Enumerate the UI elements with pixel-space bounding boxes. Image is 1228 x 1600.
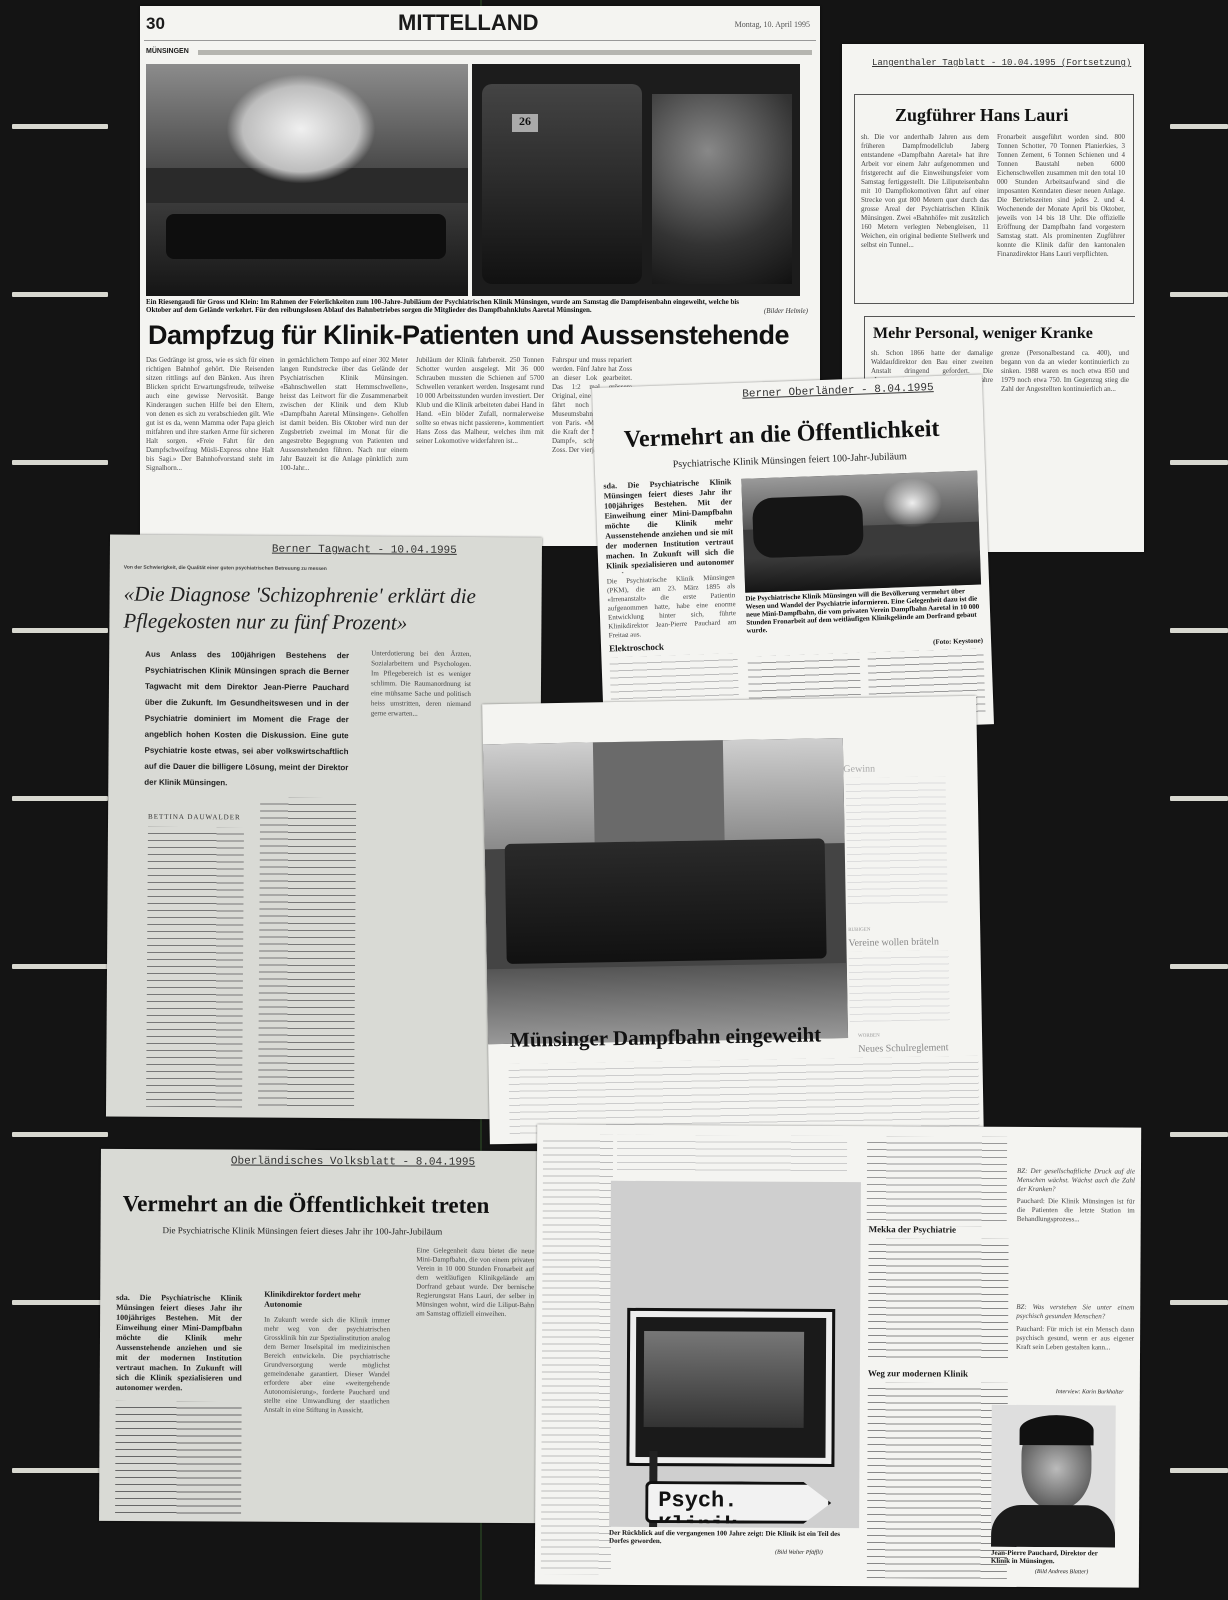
film-mark [12,124,108,129]
headline-zugfuehrer: Zugführer Hans Lauri [895,105,1068,126]
main-headline: Dampfzug für Klinik-Patienten und Aussen… [148,320,789,351]
body-col-1 [115,1401,242,1518]
col2-body: In Zukunft werde sich die Klinik immer m… [263,1316,390,1517]
side-kicker-worben: WORBEN [858,1033,880,1038]
main-body-col-2: in gemächlichem Tempo auf einer 302 Mete… [280,356,408,541]
side-heading-gewinn: Gewinn [843,763,875,775]
film-mark [1170,460,1228,465]
film-mark [12,460,108,465]
clipping-berner-oberlaender: Berner Oberländer - 8.04.1995 Vermehrt a… [592,374,994,737]
film-mark [1170,292,1228,297]
film-mark [1170,964,1228,969]
header-rule [144,40,816,41]
portrait-credit: (Bild Andreas Blatter) [1035,1569,1088,1575]
main-body-col-3: Jubiläum der Klinik fahrbereit. 250 Tonn… [416,356,544,541]
page-date: Montag, 10. April 1995 [735,20,810,29]
headline-schizophrenie: «Die Diagnose 'Schizophrenie' erklärt di… [123,581,533,638]
headline-mehr-personal: Mehr Personal, weniger Kranke [873,325,1093,343]
region-label: MÜNSINGEN [146,48,189,55]
photo-psych-klinik-sign: Psych. Klinik [609,1181,861,1528]
headline-vermehrt-treten: Vermehrt an die Öffentlichkeit treten [123,1191,490,1219]
side-kicker-rubigen: RUBIGEN [848,928,870,933]
qa-2-answer: Pauchard: Für mich ist ein Mensch dann p… [1016,1325,1134,1386]
photo-mini-steam-train [741,471,981,593]
body-col-1: sh. Die vor anderthalb Jahren aus dem fr… [861,133,989,298]
headline-vermehrt: Vermehrt an die Öffentlichkeit [623,416,939,454]
portrait-caption: Jean-Pierre Pauchard, Direktor der Klini… [991,1549,1115,1568]
mid-text-top [867,1136,1007,1227]
clipping-bz-interview: Psych. Klinik Der Rückblick auf die verg… [535,1124,1141,1587]
region-bar [198,50,812,55]
film-mark [12,628,108,633]
sign-psych-klinik: Psych. Klinik [645,1481,831,1524]
sign-photo-credit: (Bild Walter Pfäffli) [775,1550,823,1556]
clipping-source: Oberländisches Volksblatt - 8.04.1995 [231,1156,475,1169]
subhead-jubilaeum: Die Psychiatrische Klinik Münsingen feie… [163,1225,443,1236]
author-byline: BETTINA DAUWALDER [148,813,241,822]
clipping-source: Berner Oberländer - 8.04.1995 [742,382,934,401]
subsection-mekka: Mekka der Psychiatrie [869,1224,956,1234]
side-heading-schulreglement: Neues Schulreglement [858,1042,948,1055]
col3-body: Eine Gelegenheit dazu bietet die neue Mi… [416,1247,535,1368]
page-number: 30 [146,14,165,34]
film-mark [12,796,108,801]
qa-2-question: BZ: Was verstehen Sie unter einem psychi… [1016,1303,1134,1324]
film-mark [12,292,108,297]
film-mark [12,964,108,969]
film-mark [12,1132,108,1137]
film-mark [12,1468,108,1473]
article-box-zugfuehrer: Zugführer Hans Lauri sh. Die vor anderth… [854,94,1134,304]
body-col-2: Fronarbeit ausgeführt worden sind. 800 T… [997,133,1125,298]
qa-1-answer: Pauchard: Die Klinik Münsingen ist für d… [1016,1197,1135,1298]
interviewer-credit: Interview: Karin Burkhalter [1056,1389,1124,1395]
film-mark [1170,124,1228,129]
side-text-1 [846,776,948,908]
lead-text: sda. Die Psychiatrische Klinik Münsingen… [116,1293,243,1394]
lead-text: sda. Die Psychiatrische Klinik Münsingen… [603,477,734,573]
photo-credit: (Foto: Keystone) [933,637,983,647]
main-body-col-1: Das Gedränge ist gross, wie es sich für … [146,356,274,541]
main-photo-credit: (Bilder Helmle) [764,307,808,315]
film-mark [1170,796,1228,801]
body-text: Die Psychiatrische Klinik Münsingen (PKM… [607,573,737,637]
left-column-text [541,1134,613,1574]
mid-text-mekka [868,1238,1009,1363]
photo-portrait-pauchard [991,1405,1116,1548]
headline-muensinger-dampfbahn: Münsinger Dampfbahn eingeweiht [510,1022,822,1052]
subsection-weg: Weg zur modernen Klinik [868,1368,968,1379]
clipping-berner-tagwacht: Berner Tagwacht - 10.04.1995 Von der Sch… [106,534,542,1119]
film-mark [1170,628,1228,633]
lead-text: Aus Anlass des 100jährigen Bestehens der… [144,647,349,798]
main-photo-caption: Ein Riesengaudi für Gross und Klein: Im … [146,298,746,316]
clipping-source: Langenthaler Tagblatt - 10.04.1995 (Fort… [872,58,1131,68]
photo-caption: Die Psychiatrische Klinik Münsingen will… [745,587,983,643]
subhead-psychiatrische-klinik: Psychiatrische Klinik Münsingen feiert 1… [673,451,907,470]
mid-text-weg [867,1382,1008,1579]
section-title: MITTELLAND [398,10,539,36]
body-col-1 [146,827,244,1108]
photo-locomotive-engineer: 26 [472,64,800,296]
side-text-2 [849,950,950,1022]
top-text [617,1135,847,1176]
clipping-source: Berner Tagwacht - 10.04.1995 [272,544,457,557]
photo-steam-train-crowd [146,64,468,296]
film-mark [1170,1468,1228,1473]
clipping-muensinger-dampfbahn: Münsinger Dampfbahn eingeweiht Gewinn RU… [482,696,984,1145]
col2-heading: Klinikdirektor fordert mehr Autonomie [264,1290,384,1311]
film-mark [12,1300,108,1305]
clipping-oberlaendisches-volksblatt: Oberländisches Volksblatt - 8.04.1995 Ve… [99,1149,541,1523]
body-col-3: Unterdotierung bei den Ärzten, Sozialarb… [368,648,471,1109]
film-mark [1170,1300,1228,1305]
sign-photo-caption: Der Rückblick auf die vergangenen 100 Ja… [609,1529,859,1550]
body-col-2: grenze (Personalbestand ca. 400), und be… [1001,349,1129,539]
sign-text: Psych. Klinik [658,1488,828,1528]
kicker: Von der Schwierigkeit, die Qualität eine… [124,565,327,572]
photo-passengers-on-train [483,738,848,1044]
subsection-elektroschock: Elektroschock [609,642,664,654]
qa-1-question: BZ: Der gesellschaftliche Druck auf die … [1017,1167,1135,1196]
film-mark [1170,1132,1228,1137]
side-heading-vereine: Vereine wollen bräteln [848,936,939,949]
body-col-2 [258,798,356,1109]
